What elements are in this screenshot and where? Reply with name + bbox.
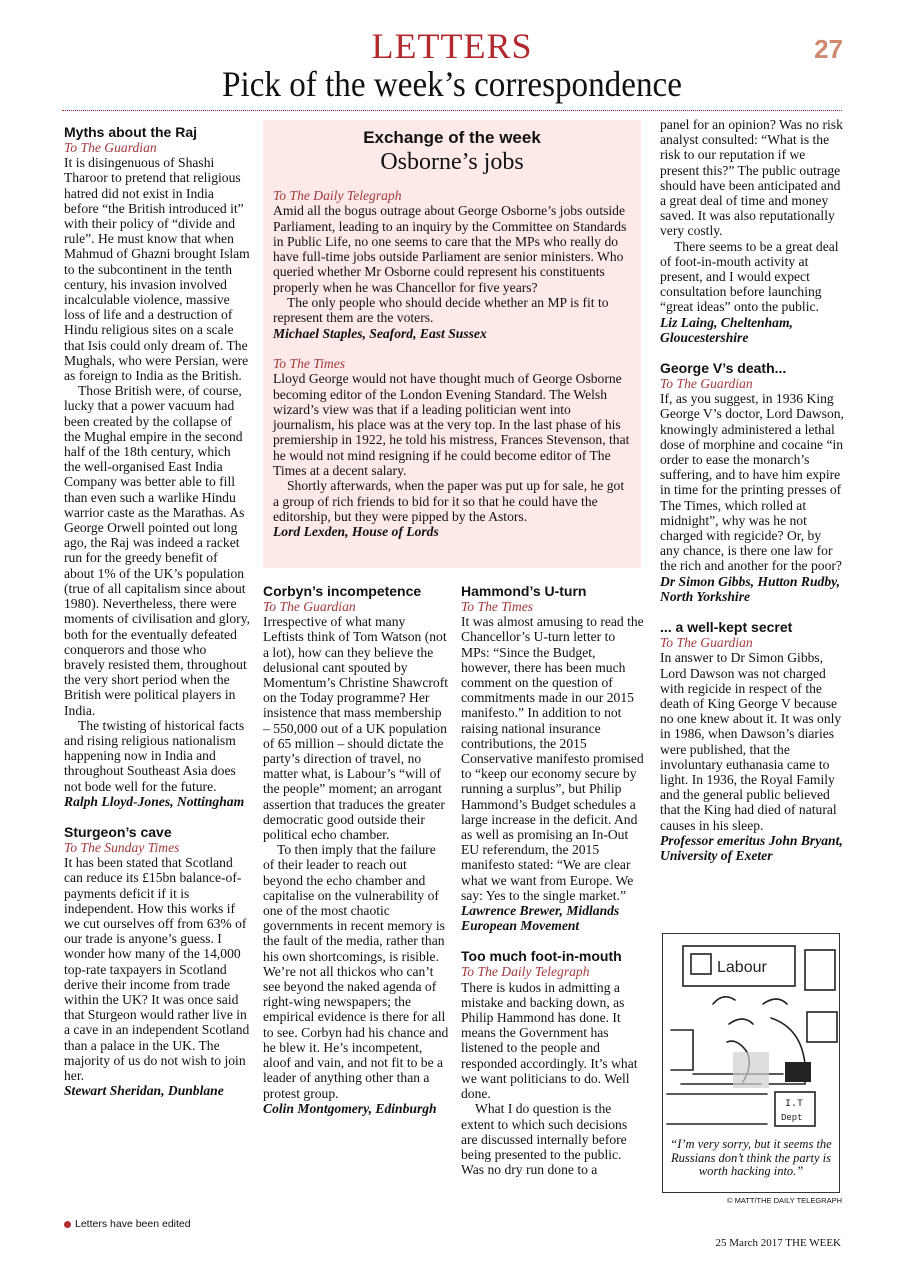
letter-paragraph: If, as you suggest, in 1936 King George …: [660, 391, 844, 573]
letter-paragraph: What I do question is the extent to whic…: [461, 1101, 647, 1177]
letter-sturgeon: Sturgeon’s cave To The Sunday Times It h…: [64, 824, 250, 1098]
column-2: Corbyn’s incompetence To The Guardian Ir…: [263, 583, 449, 1116]
cartoon-credit: © MATT/THE DAILY TELEGRAPH: [662, 1196, 842, 1205]
page-number: 27: [814, 34, 843, 65]
letter-heading: George V’s death...: [660, 360, 844, 376]
letter-paragraph: Those British were, of course, lucky tha…: [64, 383, 250, 717]
letter-signature: Colin Montgomery, Edinburgh: [263, 1101, 449, 1116]
letter-source: To The Daily Telegraph: [273, 188, 631, 203]
letter-source: To The Guardian: [64, 140, 250, 155]
letter-source: To The Guardian: [263, 599, 449, 614]
letter-signature: Lawrence Brewer, Midlands European Movem…: [461, 903, 647, 933]
letter-paragraph: It was almost amusing to read the Chance…: [461, 614, 647, 903]
letter-heading: ... a well-kept secret: [660, 619, 844, 635]
letter-heading: Sturgeon’s cave: [64, 824, 250, 840]
letter-paragraph: Shortly afterwards, when the paper was p…: [273, 478, 631, 524]
letter-paragraph: The twisting of historical facts and ris…: [64, 718, 250, 794]
letter-source: To The Guardian: [660, 376, 844, 391]
column-4: panel for an opinion? Was no risk analys…: [660, 117, 844, 863]
letter-paragraph: There seems to be a great deal of foot-i…: [660, 239, 844, 315]
exchange-of-the-week-box: Exchange of the week Osborne’s jobs To T…: [263, 120, 641, 568]
letter-signature: Ralph Lloyd-Jones, Nottingham: [64, 794, 250, 809]
page-title: Pick of the week’s correspondence: [93, 64, 811, 104]
letter-signature: Professor emeritus John Bryant, Universi…: [660, 833, 844, 863]
editorial-note-text: Letters have been edited: [75, 1218, 191, 1230]
letter-source: To The Guardian: [660, 635, 844, 650]
cartoon: Labour I.T Dept “I’m very sorry, but it …: [662, 933, 840, 1193]
letter-myths-raj: Myths about the Raj To The Guardian It i…: [64, 124, 250, 809]
section-kicker: LETTERS: [62, 28, 842, 64]
column-3: Hammond’s U-turn To The Times It was alm…: [461, 583, 647, 1177]
bullet-dot-icon: [64, 1221, 71, 1228]
svg-text:Labour: Labour: [717, 959, 767, 976]
letter-paragraph: In answer to Dr Simon Gibbs, Lord Dawson…: [660, 650, 844, 832]
letter-signature: Liz Laing, Cheltenham, Gloucestershire: [660, 315, 844, 345]
letter-paragraph-continued: panel for an opinion? Was no risk analys…: [660, 117, 844, 239]
cartoon-illustration-icon: Labour I.T Dept: [663, 934, 841, 1134]
letter-paragraph: To then imply that the failure of their …: [263, 842, 449, 1100]
letter-paragraph: Irrespective of what many Leftists think…: [263, 614, 449, 842]
letter-paragraph: Lloyd George would not have thought much…: [273, 371, 631, 478]
letter-source: To The Times: [273, 356, 631, 371]
letter-heading: Myths about the Raj: [64, 124, 250, 140]
header-divider: [62, 110, 842, 111]
exchange-kicker: Exchange of the week: [273, 128, 631, 148]
editorial-note: Letters have been edited: [64, 1218, 191, 1230]
letter-paragraph: It is disingenuous of Shashi Tharoor to …: [64, 155, 250, 383]
svg-text:I.T: I.T: [785, 1099, 803, 1110]
letter-signature: Stewart Sheridan, Dunblane: [64, 1083, 250, 1098]
exchange-title: Osborne’s jobs: [273, 148, 631, 176]
letter-signature: Michael Staples, Seaford, East Sussex: [273, 326, 631, 341]
masthead: LETTERS Pick of the week’s correspondenc…: [62, 28, 842, 104]
letter-paragraph: Amid all the bogus outrage about George …: [273, 203, 631, 295]
letter-signature: Lord Lexden, House of Lords: [273, 524, 631, 539]
letter-heading: Too much foot-in-mouth: [461, 948, 647, 964]
letter-source: To The Daily Telegraph: [461, 964, 647, 979]
letter-paragraph: It has been stated that Scotland can red…: [64, 855, 250, 1083]
svg-text:Dept: Dept: [781, 1113, 803, 1123]
letter-source: To The Times: [461, 599, 647, 614]
letter-signature: Dr Simon Gibbs, Hutton Rudby, North York…: [660, 574, 844, 604]
footer-dateline: 25 March 2017 THE WEEK: [716, 1237, 841, 1249]
letter-paragraph: The only people who should decide whethe…: [273, 295, 631, 326]
cartoon-caption: “I’m very sorry, but it seems the Russia…: [669, 1138, 833, 1179]
letter-heading: Corbyn’s incompetence: [263, 583, 449, 599]
letter-paragraph: There is kudos in admitting a mistake an…: [461, 980, 647, 1102]
letter-source: To The Sunday Times: [64, 840, 250, 855]
column-1: Myths about the Raj To The Guardian It i…: [64, 124, 250, 1098]
letter-heading: Hammond’s U-turn: [461, 583, 647, 599]
